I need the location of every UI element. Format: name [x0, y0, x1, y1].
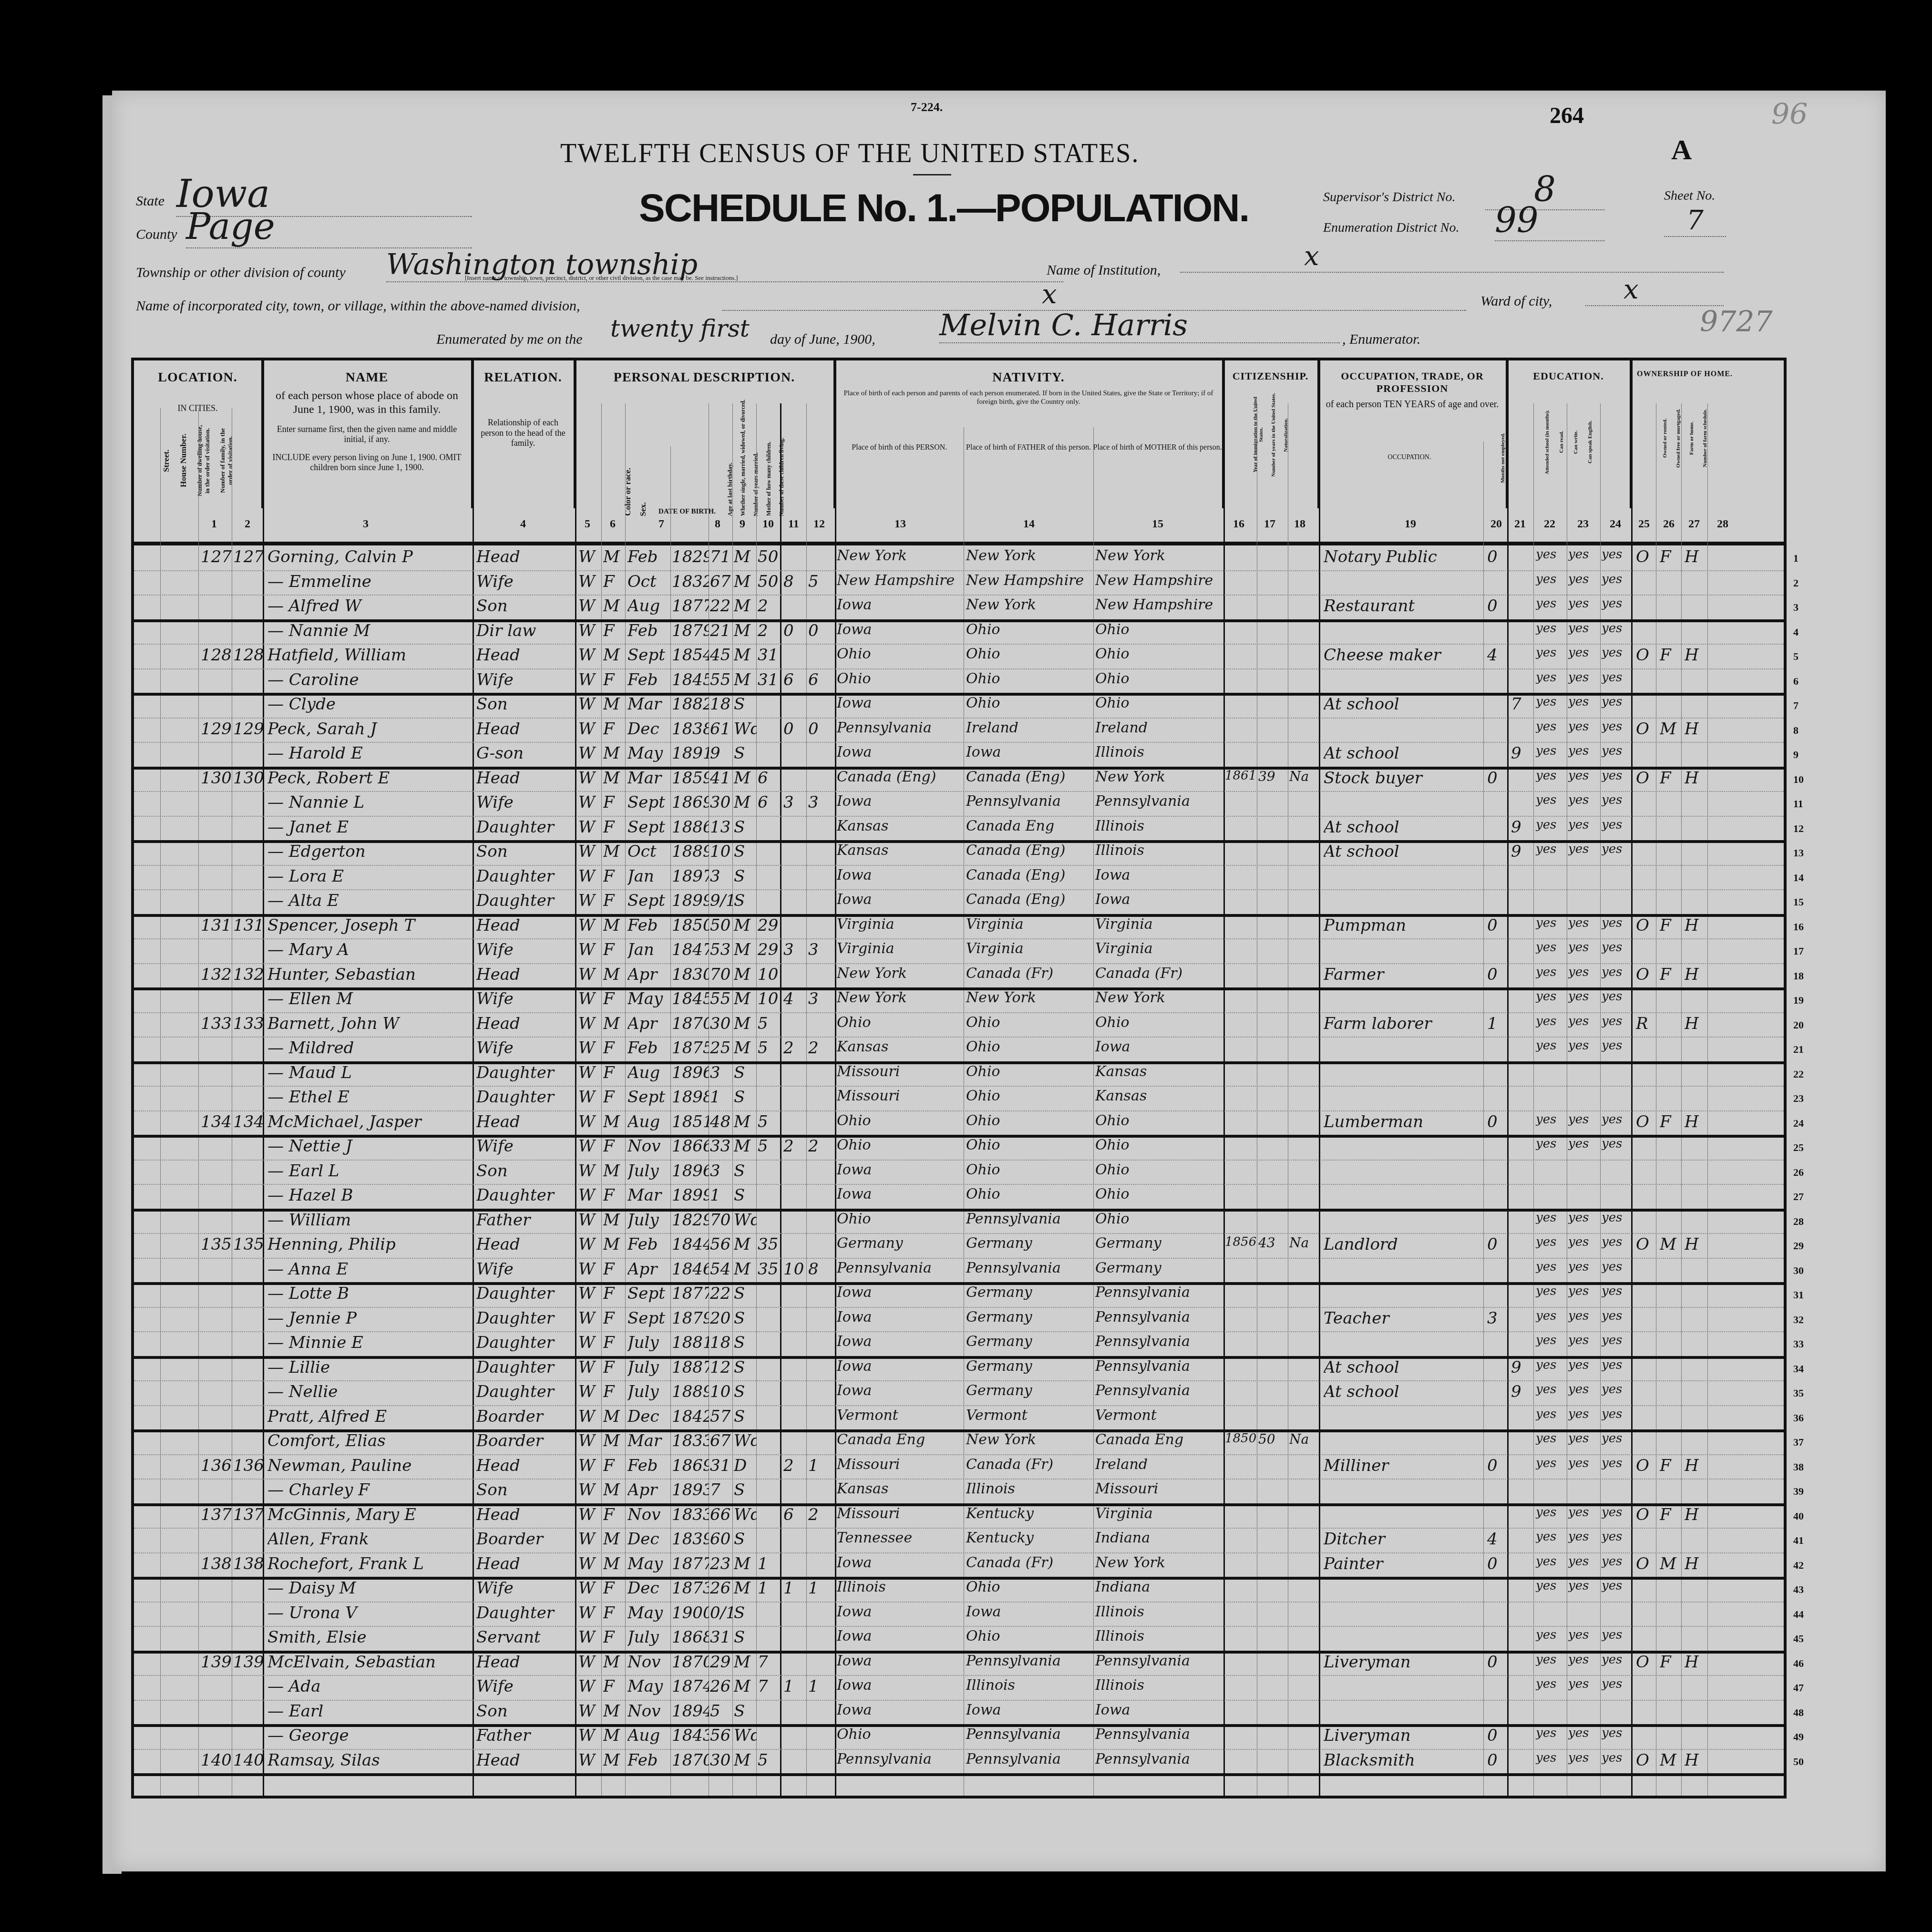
birthplace-person: Iowa [837, 1603, 963, 1620]
birthplace-person: New Hampshire [837, 572, 963, 589]
header-citizenship: CITIZENSHIP. Year of immigration to the … [1223, 360, 1319, 508]
can-read: yes [1536, 621, 1566, 636]
census-row: — Mildred Wife W F Feb 1875 25 M 5 2 2 K… [134, 1037, 1784, 1064]
years-married: 10 [758, 965, 781, 984]
relation: Son [476, 1161, 574, 1181]
person-name: Pratt, Alfred E [267, 1407, 470, 1426]
sex: F [603, 1579, 625, 1598]
marital-status: M [734, 793, 757, 812]
sex: F [603, 1186, 625, 1205]
birthplace-father: Ohio [966, 1112, 1092, 1129]
color: W [578, 1480, 601, 1500]
color: W [578, 867, 601, 886]
line-number: 1 [1793, 552, 1798, 565]
color: W [578, 1677, 601, 1696]
marital-status: M [734, 940, 757, 959]
birthplace-father: Ohio [966, 695, 1092, 711]
birthplace-father: Ohio [966, 1628, 1092, 1644]
birth-year: 1846 [672, 1260, 709, 1279]
marital-status: S [734, 1702, 757, 1721]
birth-month: Feb [627, 670, 670, 689]
marital-status: S [734, 1161, 757, 1181]
birth-month: Feb [627, 621, 670, 640]
township-label: Township or other division of county [136, 265, 346, 281]
color: W [578, 916, 601, 935]
age: 23 [710, 1554, 733, 1573]
can-write: yes [1568, 1505, 1600, 1520]
color: W [578, 596, 601, 616]
can-read: yes [1536, 989, 1566, 1004]
can-read: yes [1536, 1211, 1566, 1225]
census-row: — Hazel B Daughter W F Mar 1899 1 S Iowa… [134, 1184, 1784, 1212]
person-name: — Nannie L [267, 793, 470, 812]
months-unemployed: 0 [1487, 596, 1506, 616]
birthplace-mother: Germany [1095, 1260, 1223, 1276]
birthplace-father: New York [966, 547, 1092, 564]
census-row: 128 128 Hatfield, William Head W M Sept … [134, 644, 1784, 669]
line-number: 32 [1793, 1314, 1804, 1326]
birthplace-person: Iowa [837, 1284, 963, 1301]
months-unemployed: 4 [1487, 646, 1506, 665]
age: 31 [710, 1456, 733, 1475]
birth-year: 1900 [672, 1603, 709, 1623]
dwelling-number: 140 [201, 1751, 232, 1770]
header-name: NAME of each person whose place of abode… [263, 360, 473, 508]
family-number: 132 [233, 965, 263, 984]
farm-or-home: H [1685, 1554, 1706, 1573]
person-name: — Clyde [267, 695, 470, 714]
can-read: yes [1536, 1137, 1566, 1151]
census-row: — Charley F Son W M Apr 1893 7 S Kansas … [134, 1479, 1784, 1506]
ward-label: Ward of city, [1480, 293, 1552, 309]
birthplace-father: Ohio [966, 1579, 1092, 1595]
birth-month: Apr [627, 1014, 670, 1033]
dwelling-number: 134 [201, 1112, 232, 1131]
age: 20 [710, 1309, 733, 1328]
can-speak-english: yes [1602, 596, 1631, 611]
sex: M [603, 1407, 625, 1426]
census-row: 138 138 Rochefort, Frank L Head W M May … [134, 1552, 1784, 1580]
line-number: 7 [1793, 699, 1798, 712]
birthplace-mother: New Hampshire [1095, 596, 1223, 613]
can-write: yes [1568, 940, 1600, 955]
census-row: — Lillie Daughter W F July 1887 12 S Iow… [134, 1356, 1784, 1382]
marital-status: S [734, 1309, 757, 1328]
age: 53 [710, 940, 733, 959]
birth-month: Dec [627, 1530, 670, 1549]
birthplace-mother: Missouri [1095, 1480, 1223, 1497]
naturalization: Na [1289, 1235, 1318, 1251]
can-read: yes [1536, 769, 1566, 783]
occupation: Milliner [1324, 1456, 1483, 1475]
birthplace-father: Canada (Fr) [966, 965, 1092, 982]
header-education: EDUCATION. Attended school (in months). … [1507, 360, 1631, 508]
birth-year: 1898 [672, 1088, 709, 1107]
can-write: yes [1568, 1456, 1600, 1470]
birth-year: 1893 [672, 1480, 709, 1500]
relation: Wife [476, 1677, 574, 1696]
age: 3 [710, 1063, 733, 1082]
can-write: yes [1568, 818, 1600, 832]
marital-status: S [734, 1284, 757, 1303]
can-read: yes [1536, 1333, 1566, 1347]
can-write: yes [1568, 1284, 1600, 1298]
family-number: 128 [233, 646, 263, 665]
color: W [578, 1382, 601, 1401]
census-row: 131 131 Spencer, Joseph T Head W M Feb 1… [134, 914, 1784, 940]
farm-or-home: H [1685, 1235, 1706, 1254]
months-unemployed: 0 [1487, 1112, 1506, 1131]
can-read: yes [1536, 940, 1566, 955]
school-months: 9 [1511, 842, 1532, 861]
line-number: 8 [1793, 724, 1798, 737]
birthplace-person: Iowa [837, 1309, 963, 1326]
birthplace-person: Virginia [837, 940, 963, 957]
person-name: Henning, Philip [267, 1235, 470, 1254]
birthplace-father: Iowa [966, 744, 1092, 760]
birthplace-father: New York [966, 989, 1092, 1006]
birth-year: 1829 [672, 1211, 709, 1230]
relation: Son [476, 1480, 574, 1500]
sex: F [603, 572, 625, 591]
birthplace-person: Missouri [837, 1456, 963, 1473]
owned-free-or-mortgaged: F [1660, 1456, 1681, 1475]
header-ownership: OWNERSHIP OF HOME. Owned or rented. Owne… [1631, 360, 1738, 508]
birthplace-mother: Virginia [1095, 940, 1223, 957]
birth-year: 1845 [672, 670, 709, 689]
birth-year: 1886 [672, 818, 709, 837]
color: W [578, 744, 601, 763]
sex: F [603, 1677, 625, 1696]
can-write: yes [1568, 916, 1600, 930]
birth-month: Feb [627, 1038, 670, 1058]
family-number: 139 [233, 1653, 263, 1672]
birthplace-father: Illinois [966, 1677, 1092, 1694]
sex: F [603, 1284, 625, 1303]
line-number: 20 [1793, 1019, 1804, 1031]
can-speak-english: yes [1602, 1333, 1631, 1347]
marital-status: S [734, 1603, 757, 1623]
family-number: 140 [233, 1751, 263, 1770]
children-living: 1 [808, 1677, 834, 1696]
census-row: 140 140 Ramsay, Silas Head W M Feb 1870 … [134, 1749, 1784, 1777]
person-name: — Nettie J [267, 1137, 470, 1156]
birth-month: Sept [627, 1309, 670, 1328]
line-number: 29 [1793, 1240, 1804, 1252]
birth-year: 1896 [672, 1063, 709, 1082]
months-unemployed: 0 [1487, 965, 1506, 984]
sex: F [603, 1309, 625, 1328]
page-number: 264 [1550, 103, 1584, 129]
dwelling-number: 128 [201, 646, 232, 665]
person-name: Rochefort, Frank L [267, 1554, 470, 1573]
sex: F [603, 621, 625, 640]
birth-year: 1833 [672, 1505, 709, 1524]
birth-month: Aug [627, 1726, 670, 1745]
immigration-year: 1850 [1225, 1431, 1256, 1446]
years-married: 31 [758, 670, 781, 689]
can-speak-english: yes [1602, 1431, 1631, 1446]
birthplace-person: Iowa [837, 695, 963, 711]
years-married: 35 [758, 1235, 781, 1254]
census-row: — Daisy M Wife W F Dec 1873 26 M 1 1 1 I… [134, 1577, 1784, 1603]
can-write: yes [1568, 646, 1600, 660]
months-unemployed: 0 [1487, 769, 1506, 788]
relation: Daughter [476, 1088, 574, 1107]
age: 9/12 [710, 891, 733, 910]
can-read: yes [1536, 670, 1566, 685]
color: W [578, 719, 601, 739]
color: W [578, 842, 601, 861]
owned-free-or-mortgaged: M [1660, 1235, 1681, 1254]
can-speak-english: yes [1602, 1554, 1631, 1569]
line-number: 10 [1793, 773, 1804, 786]
birthplace-person: Ohio [837, 1137, 963, 1153]
can-read: yes [1536, 1284, 1566, 1298]
institution-value: x [1180, 241, 1724, 273]
relation: Wife [476, 793, 574, 812]
dwelling-number: 133 [201, 1014, 232, 1033]
can-speak-english: yes [1602, 646, 1631, 660]
can-write: yes [1568, 1333, 1600, 1347]
birth-month: Feb [627, 916, 670, 935]
birth-month: May [627, 1603, 670, 1623]
line-number: 37 [1793, 1436, 1804, 1449]
can-speak-english: yes [1602, 818, 1631, 832]
can-speak-english: yes [1602, 572, 1631, 586]
can-write: yes [1568, 719, 1600, 734]
age: 57 [710, 1407, 733, 1426]
farm-or-home: H [1685, 1505, 1706, 1524]
farm-or-home: H [1685, 1751, 1706, 1770]
birth-year: 1833 [672, 1431, 709, 1450]
can-read: yes [1536, 744, 1566, 758]
supervisor-district-label: Supervisor's District No. [1323, 190, 1455, 205]
birth-month: May [627, 744, 670, 763]
children-living: 1 [808, 1579, 834, 1598]
birthplace-mother: Pennsylvania [1095, 1751, 1223, 1768]
age: 30 [710, 1751, 733, 1770]
relation: Son [476, 695, 574, 714]
person-name: — Edgerton [267, 842, 470, 861]
mother-of: 0 [783, 621, 806, 640]
birth-month: Apr [627, 1480, 670, 1500]
mother-of: 3 [783, 793, 806, 812]
birth-year: 1869 [672, 1456, 709, 1475]
sex: F [603, 1063, 625, 1082]
can-speak-english: yes [1602, 1456, 1631, 1470]
birthplace-father: Ohio [966, 1137, 1092, 1153]
census-row: 134 134 McMichael, Jasper Head W M Aug 1… [134, 1110, 1784, 1138]
age: 13 [710, 818, 733, 837]
years-married: 1 [758, 1579, 781, 1598]
census-row: — Nettie J Wife W F Nov 1866 33 M 5 2 2 … [134, 1135, 1784, 1161]
age: 56 [710, 1235, 733, 1254]
birthplace-mother: Ohio [1095, 1161, 1223, 1178]
birth-month: Feb [627, 1456, 670, 1475]
person-name: Peck, Sarah J [267, 719, 470, 739]
sex: M [603, 695, 625, 714]
header-occupation: OCCUPATION, TRADE, OR PROFESSION of each… [1319, 360, 1507, 508]
census-row: 132 132 Hunter, Sebastian Head W M Apr 1… [134, 963, 1784, 991]
birthplace-person: Missouri [837, 1505, 963, 1522]
person-name: — Maud L [267, 1063, 470, 1082]
birthplace-person: Vermont [837, 1407, 963, 1424]
occupation: At school [1324, 842, 1483, 861]
person-name: — Alta E [267, 891, 470, 910]
census-row: — Alta E Daughter W F Sept 1899 9/12 S I… [134, 889, 1784, 917]
birthplace-person: Canada (Eng) [837, 769, 963, 785]
children-living: 3 [808, 793, 834, 812]
owned-free-or-mortgaged: F [1660, 916, 1681, 935]
occupation: Teacher [1324, 1309, 1483, 1328]
dwelling-number: 135 [201, 1235, 232, 1254]
age: 25 [710, 1038, 733, 1058]
children-living: 0 [808, 621, 834, 640]
sex: F [603, 670, 625, 689]
sex: M [603, 1726, 625, 1745]
birth-year: 1851 [672, 1112, 709, 1131]
relation: Dir law [476, 621, 574, 640]
age: 56 [710, 1726, 733, 1745]
marital-status: S [734, 1480, 757, 1500]
can-write: yes [1568, 1014, 1600, 1028]
occupation: Lumberman [1324, 1112, 1483, 1131]
sex: F [603, 1260, 625, 1279]
marital-status: S [734, 1063, 757, 1082]
birthplace-mother: Indiana [1095, 1530, 1223, 1546]
owned-free-or-mortgaged: F [1660, 1505, 1681, 1524]
birth-month: Jan [627, 867, 670, 886]
census-row: Pratt, Alfred E Boarder W M Dec 1842 57 … [134, 1405, 1784, 1433]
marital-status: S [734, 1088, 757, 1107]
birth-month: Dec [627, 719, 670, 739]
header-relation: RELATION. Relationship of each person to… [473, 360, 575, 508]
corner-annotation: 96 [1771, 98, 1808, 131]
owned-or-rented: O [1636, 965, 1655, 984]
birthplace-person: Ohio [837, 1726, 963, 1743]
color: W [578, 1014, 601, 1033]
can-read: yes [1536, 1309, 1566, 1323]
relation: Daughter [476, 867, 574, 886]
age: 9 [710, 744, 733, 763]
can-write: yes [1568, 1677, 1600, 1691]
can-write: yes [1568, 1407, 1600, 1421]
color: W [578, 670, 601, 689]
can-speak-english: yes [1602, 1505, 1631, 1520]
birth-month: Aug [627, 1063, 670, 1082]
sex: M [603, 744, 625, 763]
marital-status: M [734, 1137, 757, 1156]
can-write: yes [1568, 1653, 1600, 1667]
sex: F [603, 1333, 625, 1352]
relation: Head [476, 1653, 574, 1672]
school-months: 7 [1511, 695, 1532, 714]
color: W [578, 1751, 601, 1770]
years-married: 5 [758, 1112, 781, 1131]
line-number: 43 [1793, 1583, 1804, 1596]
occupation: At school [1324, 695, 1483, 714]
can-read: yes [1536, 1726, 1566, 1740]
color: W [578, 1260, 601, 1279]
years-in-us: 43 [1258, 1235, 1287, 1251]
birthplace-mother: Illinois [1095, 842, 1223, 859]
immigration-year: 1861 [1225, 769, 1256, 783]
age: 3 [710, 1161, 733, 1181]
relation: G-son [476, 744, 574, 763]
farm-or-home: H [1685, 1112, 1706, 1131]
can-speak-english: yes [1602, 940, 1631, 955]
census-row: — Ada Wife W F May 1874 26 M 7 1 1 Iowa … [134, 1675, 1784, 1701]
marital-status: M [734, 621, 757, 640]
birth-year: 1875 [672, 1038, 709, 1058]
relation: Boarder [476, 1530, 574, 1549]
birth-year: 1887 [672, 1358, 709, 1377]
birthplace-father: New York [966, 1431, 1092, 1448]
can-speak-english: yes [1602, 1211, 1631, 1225]
birth-year: 1859 [672, 769, 709, 788]
can-read: yes [1536, 1260, 1566, 1274]
birthplace-father: Iowa [966, 1603, 1092, 1620]
occupation: At school [1324, 1358, 1483, 1377]
line-number: 46 [1793, 1657, 1804, 1670]
dwelling-number: 127 [201, 547, 232, 566]
relation: Daughter [476, 1333, 574, 1352]
can-read: yes [1536, 1407, 1566, 1421]
city-value: x [722, 279, 1466, 311]
relation: Wife [476, 670, 574, 689]
age: 70 [710, 1211, 733, 1230]
sex: M [603, 1211, 625, 1230]
occupation: Stock buyer [1324, 769, 1483, 788]
birthplace-mother: Pennsylvania [1095, 1382, 1223, 1399]
birth-month: Sept [627, 1284, 670, 1303]
marital-status: M [734, 769, 757, 788]
birthplace-mother: Iowa [1095, 1702, 1223, 1718]
city-label: Name of incorporated city, town, or vill… [136, 298, 580, 314]
title-ornament [913, 174, 951, 175]
relation: Daughter [476, 1063, 574, 1082]
birthplace-father: Canada (Eng) [966, 891, 1092, 908]
can-write: yes [1568, 1751, 1600, 1765]
birthplace-father: Kentucky [966, 1505, 1092, 1522]
birthplace-person: Kansas [837, 1038, 963, 1055]
age: 26 [710, 1579, 733, 1598]
years-married: 7 [758, 1653, 781, 1672]
can-speak-english: yes [1602, 1677, 1631, 1691]
can-read: yes [1536, 916, 1566, 930]
marital-status: S [734, 818, 757, 837]
birthplace-father: Germany [966, 1284, 1092, 1301]
color: W [578, 1161, 601, 1181]
sex: M [603, 1653, 625, 1672]
age: 10 [710, 842, 733, 861]
can-speak-english: yes [1602, 1726, 1631, 1740]
can-speak-english: yes [1602, 744, 1631, 758]
age: 7 [710, 1480, 733, 1500]
can-read: yes [1536, 695, 1566, 709]
relation: Daughter [476, 1603, 574, 1623]
sex: F [603, 867, 625, 886]
can-write: yes [1568, 1260, 1600, 1274]
birth-month: Dec [627, 1579, 670, 1598]
can-speak-english: yes [1602, 793, 1631, 807]
family-number: 133 [233, 1014, 263, 1033]
birthplace-mother: Virginia [1095, 1505, 1223, 1522]
line-number: 47 [1793, 1682, 1804, 1694]
marital-status: M [734, 1014, 757, 1033]
birthplace-person: Iowa [837, 1677, 963, 1694]
